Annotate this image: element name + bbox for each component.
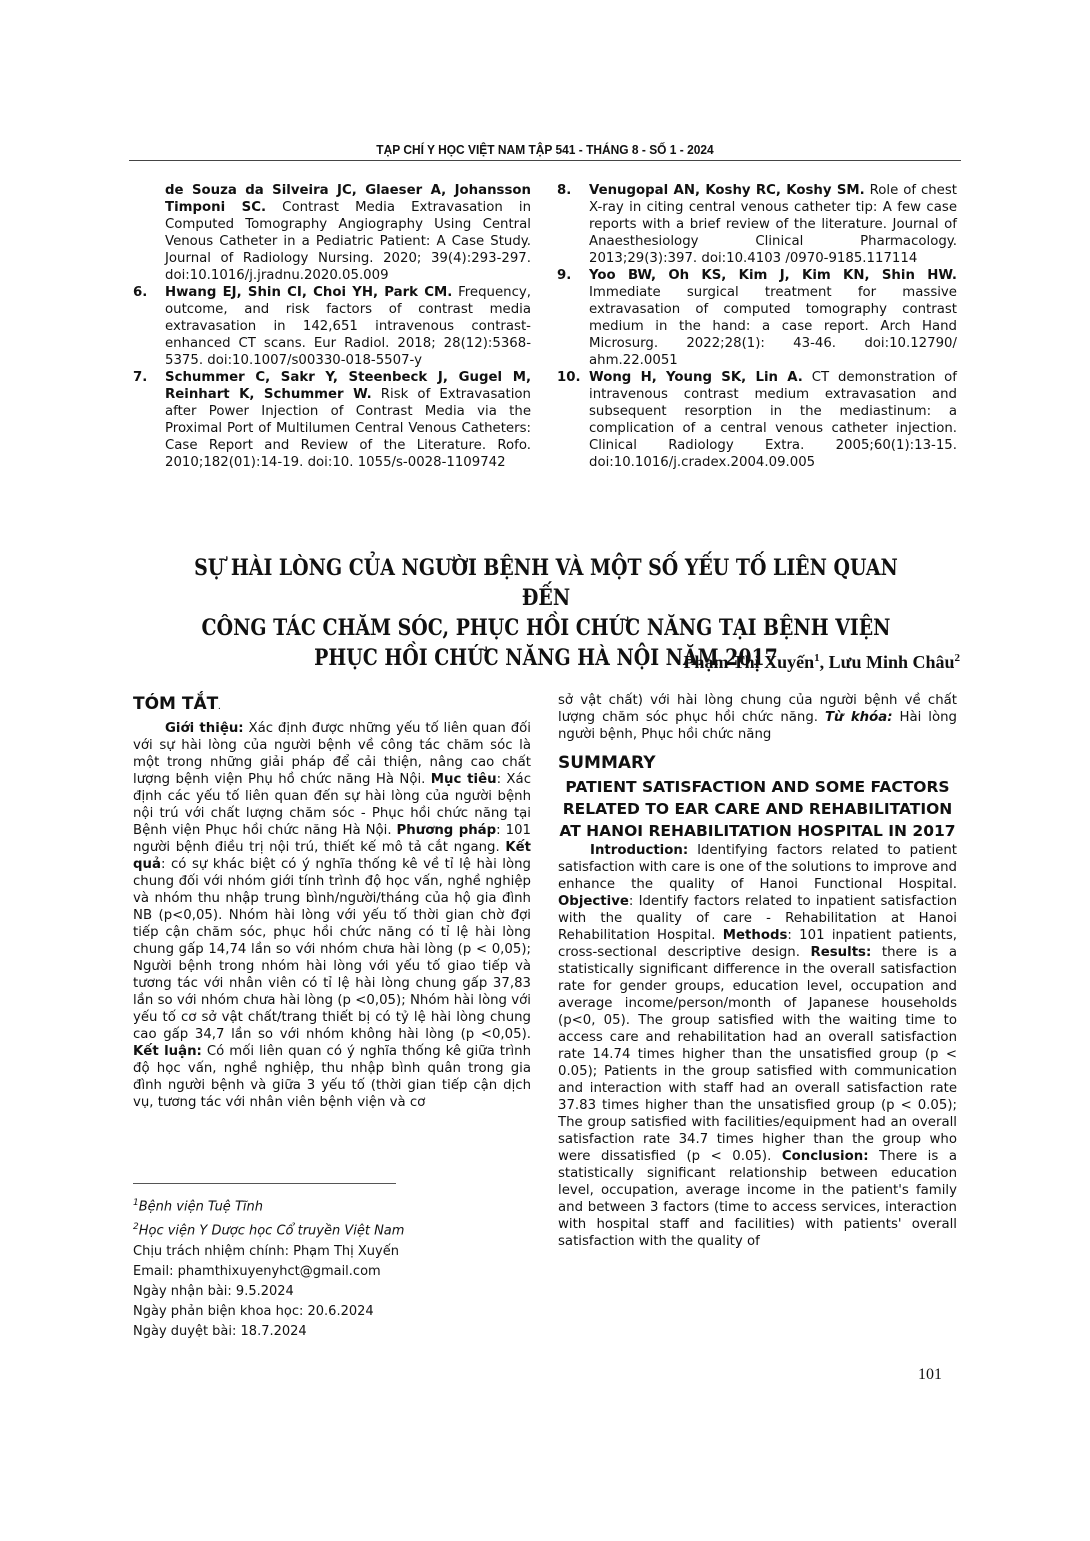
- summary-heading: SUMMARY: [558, 752, 957, 774]
- article-title-line: SỰ HÀI LÒNG CỦA NGƯỜI BỆNH VÀ MỘT SỐ YẾU…: [188, 553, 904, 613]
- date-accepted: Ngày duyệt bài: 18.7.2024: [133, 1322, 531, 1342]
- reference-number: 6.: [133, 284, 147, 301]
- abstract-vi-heading: TÓM TẮT.: [133, 693, 531, 719]
- label-objective: Mục tiêu: [431, 772, 497, 787]
- date-received: Ngày nhận bài: 9.5.2024: [133, 1282, 531, 1302]
- affiliation-marker: 2: [955, 652, 961, 664]
- heading-text: TÓM TẮT: [133, 694, 218, 714]
- author-name: Phạm Thị Xuyến: [683, 652, 814, 672]
- reference-item: 6. Hwang EJ, Shin CI, Choi YH, Park CM. …: [133, 284, 531, 369]
- author-name: Lưu Minh Châu: [829, 652, 955, 672]
- abstract-right-column: sở vật chất) với hài lòng chung của ngườ…: [558, 692, 957, 1250]
- reference-item: de Souza da Silveira JC, Glaeser A, Joha…: [133, 182, 531, 284]
- abstract-vi-left: TÓM TẮT. Giới thiệu: Xác định được những…: [133, 693, 531, 1111]
- reference-authors: Venugopal AN, Koshy RC, Koshy SM.: [589, 183, 865, 198]
- reference-item: 7. Schummer C, Sakr Y, Steenbeck J, Guge…: [133, 369, 531, 471]
- label-objective: Objective: [558, 894, 629, 909]
- affiliation-text: Học viện Y Dược học Cổ truyền Việt Nam: [139, 1224, 405, 1239]
- email: Email: phamthixuyenyhct@gmail.com: [133, 1262, 531, 1282]
- label-intro: Giới thiệu:: [165, 721, 244, 736]
- reference-authors: Wong H, Young SK, Lin A.: [589, 370, 803, 385]
- reference-number: 10.: [557, 369, 581, 386]
- label-methods: Methods: [723, 928, 788, 943]
- label-keywords: Từ khóa:: [825, 710, 893, 725]
- footnote-rule: [133, 1183, 396, 1184]
- references-right-column: 8. Venugopal AN, Koshy RC, Koshy SM. Rol…: [557, 182, 957, 471]
- corresponding-author: Chịu trách nhiệm chính: Phạm Thị Xuyến: [133, 1242, 531, 1262]
- affiliation-2: 2Học viện Y Dược học Cổ truyền Việt Nam: [133, 1217, 531, 1241]
- abstract-en-paragraph: Introduction: Identifying factors relate…: [558, 842, 957, 1250]
- page-number: 101: [918, 1366, 942, 1384]
- reference-number: 9.: [557, 267, 571, 284]
- journal-page: TẠP CHÍ Y HỌC VIỆT NAM TẬP 541 - THÁNG 8…: [0, 0, 1090, 1541]
- reference-authors: Hwang EJ, Shin CI, Choi YH, Park CM.: [165, 285, 452, 300]
- label-conclusion: Conclusion:: [782, 1149, 869, 1164]
- date-reviewed: Ngày phản biện khoa học: 20.6.2024: [133, 1302, 531, 1322]
- reference-authors: Yoo BW, Oh KS, Kim J, Kim KN, Shin HW.: [589, 268, 957, 283]
- article-title-line: CÔNG TÁC CHĂM SÓC, PHỤC HỒI CHỨC NĂNG TẠ…: [188, 613, 904, 643]
- running-head: TẠP CHÍ Y HỌC VIỆT NAM TẬP 541 - THÁNG 8…: [162, 142, 927, 157]
- affiliation-text: Bệnh viện Tuệ Tĩnh: [139, 1199, 263, 1214]
- text-results: there is a statistically significant dif…: [558, 945, 957, 1164]
- abstract-vi-paragraph: Giới thiệu: Xác định được những yếu tố l…: [133, 720, 531, 1111]
- article-authors: Phạm Thị Xuyến1, Lưu Minh Châu2: [600, 652, 960, 673]
- reference-item: 10. Wong H, Young SK, Lin A. CT demonstr…: [557, 369, 957, 471]
- text-results: : có sự khác biệt có ý nghĩa thống kê về…: [133, 857, 531, 1042]
- header-rule: [129, 160, 961, 161]
- label-methods: Phương pháp: [397, 823, 497, 838]
- references-left-column: de Souza da Silveira JC, Glaeser A, Joha…: [133, 182, 531, 471]
- reference-text: Immediate surgical treatment for massive…: [589, 285, 957, 368]
- english-title: PATIENT SATISFACTION AND SOME FACTORS RE…: [558, 776, 957, 842]
- label-conclusion: Kết luận:: [133, 1044, 202, 1059]
- abstract-vi-continuation: sở vật chất) với hài lòng chung của ngườ…: [558, 692, 957, 743]
- affiliation-1: 1Bệnh viện Tuệ Tĩnh: [133, 1193, 531, 1217]
- text-conclusion: There is a statistically significant rel…: [558, 1149, 957, 1249]
- reference-item: 9. Yoo BW, Oh KS, Kim J, Kim KN, Shin HW…: [557, 267, 957, 369]
- reference-number: 7.: [133, 369, 147, 386]
- author-separator: ,: [820, 652, 829, 672]
- footnotes: 1Bệnh viện Tuệ Tĩnh 2Học viện Y Dược học…: [133, 1193, 531, 1342]
- reference-item: 8. Venugopal AN, Koshy RC, Koshy SM. Rol…: [557, 182, 957, 267]
- label-results: Results:: [811, 945, 872, 960]
- reference-number: 8.: [557, 182, 571, 199]
- reference-text: CT demonstration of intravenous contrast…: [589, 370, 957, 470]
- label-introduction: Introduction:: [590, 843, 688, 858]
